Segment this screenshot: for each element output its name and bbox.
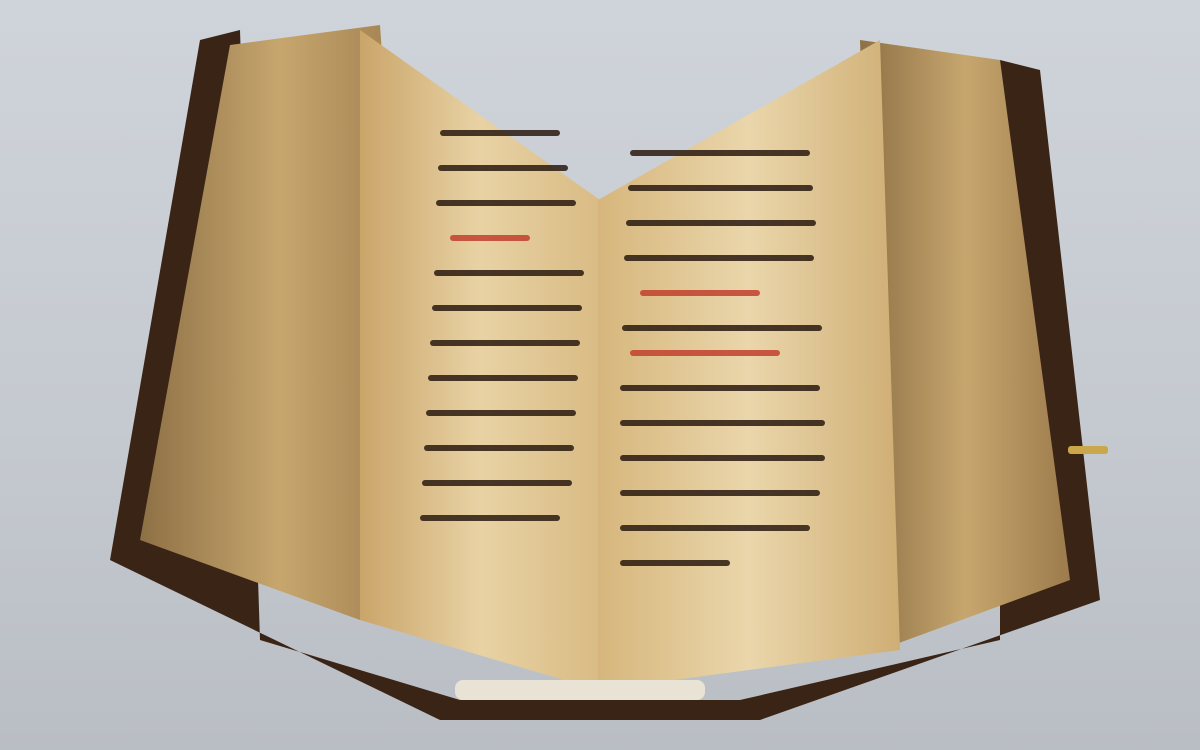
left-page xyxy=(360,30,600,690)
clasp-pin xyxy=(1068,446,1108,454)
spine-strap xyxy=(455,680,705,700)
right-page xyxy=(598,40,900,690)
manuscript-illustration xyxy=(0,0,1200,750)
manuscript-photo: An open leather-bound manuscript with ag… xyxy=(0,0,1200,750)
